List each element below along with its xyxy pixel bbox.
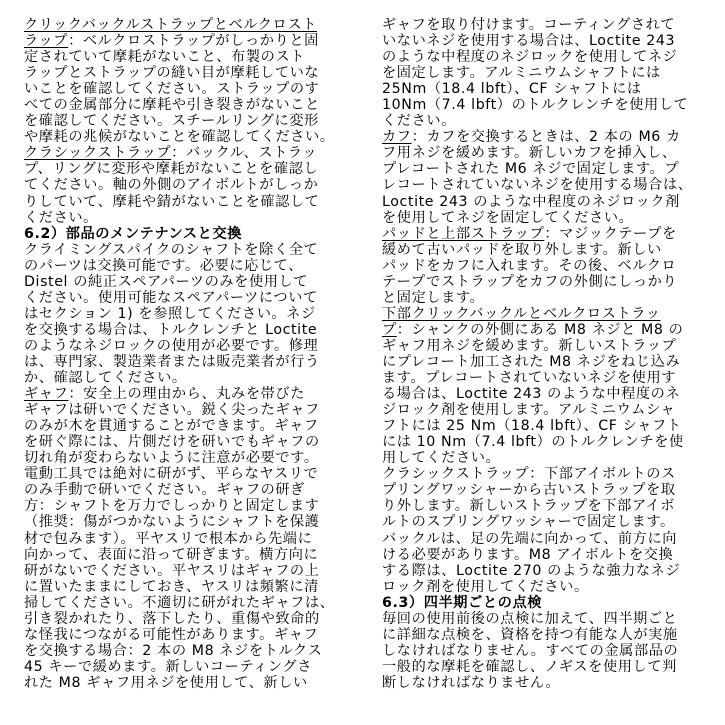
text-line: 切れ角が変わらないように注意が必要です。 <box>24 450 359 466</box>
text-line: パッドと上部ストラップ：マジックテープを <box>382 226 717 242</box>
text-line: りしていて、摩耗や錆がないことを確認して <box>24 194 359 210</box>
body-text: を交換する場合は、トルクレンチと Loctite <box>24 322 317 338</box>
text-line: （推奨：傷がつかないようにシャフトを保護 <box>24 514 359 530</box>
text-line: ラップとストラップの縫い目が摩耗していな <box>24 65 359 81</box>
body-text: フ用ネジを緩めます。新しいカフを挿入し、 <box>382 145 677 161</box>
text-line: Loctite 243 のような中程度のネジロック剤 <box>382 194 717 210</box>
text-line: を交換する場合：2 本の M8 ネジをトルクス <box>24 643 359 659</box>
text-line: を使用してネジを固定してください。 <box>382 210 717 226</box>
text-line: クラシックストラップ：下部アイボルトのス <box>382 466 717 482</box>
body-text: 用してください。 <box>382 450 500 466</box>
text-line: パッドをカフに入れます。その後、ベルクロ <box>382 258 717 274</box>
text-line: 緩めて古いパッドを取り外します。新しい <box>382 242 717 258</box>
body-text: 10Nm（7.4 lbft）のトルクレンチを使用して <box>382 97 688 113</box>
body-text: レコートされていないネジを使用する場合は、 <box>382 177 693 193</box>
text-line: プ、リングに変形や摩耗がないことを確認し <box>24 161 359 177</box>
text-line: のみ手動で研いでください。ギャフの研ぎ <box>24 482 359 498</box>
text-line: フトには 25 Nm（18.4 lbft）、CF シャフト <box>382 418 717 434</box>
body-text: 毎回の使用前後の点検に加えて、四半期ごと <box>382 611 677 627</box>
body-text: 向かって、表面に沿って研ぎます。横方向に <box>24 547 318 563</box>
text-line: クラシックストラップ：バックル、ストラッ <box>24 145 359 161</box>
body-text: 一般的な摩耗を確認し、ノギスを使用して判 <box>382 659 677 675</box>
text-line: ギャフ：安全上の理由から、丸みを帯びた <box>24 386 359 402</box>
text-line: と固定します。 <box>382 290 717 306</box>
text-line: を研ぐ際には、片側だけを研いでもギャフの <box>24 434 359 450</box>
body-text: しなければなりません。すべての金属部品の <box>382 643 678 659</box>
body-text: する際は、Loctite 270 のような強力なネジ <box>382 563 680 579</box>
text-line: 用してください。 <box>382 450 717 466</box>
text-line: 25Nm（18.4 lbft）、CF シャフトには <box>382 81 717 97</box>
text-line: 材で包みます）。平ヤスリで根本から先端に <box>24 531 359 547</box>
body-text: はセクション 1) を参照してください。ネジ <box>24 306 316 322</box>
body-text: ください。 <box>382 113 456 129</box>
text-line: 45 キーで緩めます。新しいコーティングさ <box>24 659 359 675</box>
underlined-term: クリックバックルストラップとベルクロスト <box>24 17 317 33</box>
text-line: ロック剤を使用してください。 <box>382 579 717 595</box>
text-line: はセクション 1) を参照してください。ネジ <box>24 306 359 322</box>
body-text: てください。軸の外側のアイボルトがしっか <box>24 177 318 193</box>
body-text: ルトのスプリングワッシャーで固定します。 <box>382 514 675 530</box>
text-line: プリングワッシャーから古いストラップを取 <box>382 482 717 498</box>
body-text: いことを確認してください。ストラップのす <box>24 81 319 97</box>
text-line: クライミングスパイクのシャフトを除く全て <box>24 242 359 258</box>
text-line: 毎回の使用前後の点検に加えて、四半期ごと <box>382 611 717 627</box>
text-line: クリックバックルストラップとベルクロスト <box>24 17 359 33</box>
text-line: を交換する場合は、トルクレンチと Loctite <box>24 322 359 338</box>
text-line: 引き裂かれたり、落下したり、重傷や致命的 <box>24 611 359 627</box>
body-text: にプレコート加工された M8 ネジをねじ込み <box>382 354 680 370</box>
body-text: ：安全上の理由から、丸みを帯びた <box>68 386 305 402</box>
text-line: 研がないでください。平ヤスリはギャフの上 <box>24 563 359 579</box>
body-text: ギャフを取り付けます。コーティングされて <box>382 17 675 33</box>
text-line: か、確認してください。 <box>24 370 359 386</box>
body-text: か、確認してください。 <box>24 370 187 386</box>
text-line: に詳細な点検を、資格を持つ有能な人が実施 <box>382 627 717 643</box>
text-line: プ：シャンクの外側にある M8 ネジと M8 の <box>382 322 717 338</box>
body-text: 電動工具では絶対に研がず、平らなヤスリで <box>24 466 318 482</box>
body-text: テープでストラップをカフの外側にしっかり <box>382 274 677 290</box>
text-line: 向かって、表面に沿って研ぎます。横方向に <box>24 547 359 563</box>
text-line: ください。 <box>24 210 359 226</box>
text-line: ラップ：ベルクロストラップがしっかりと固 <box>24 33 359 49</box>
text-line: のようなネジロックの使用が必要です。修理 <box>24 338 359 354</box>
text-line: り外します。新しいストラップを下部アイボ <box>382 498 717 514</box>
body-text: Loctite 243 のような中程度のネジロック剤 <box>382 194 680 210</box>
text-line: 一般的な摩耗を確認し、ノギスを使用して判 <box>382 659 717 675</box>
body-text: 引き裂かれたり、落下したり、重傷や致命的 <box>24 611 320 627</box>
body-text: フトには 25 Nm（18.4 lbft）、CF シャフト <box>382 418 682 434</box>
body-text: のみが木を貫通することができます。ギャフ <box>24 418 319 434</box>
text-line: 断しなければなりません。 <box>382 675 717 691</box>
text-line: や摩耗の兆候がないことを確認してください。 <box>24 129 359 145</box>
body-text: には 10 Nm（7.4 lbft）のトルクレンチを使 <box>382 434 684 450</box>
body-text: に置いたままにしておき、ヤスリは頻繁に清 <box>24 579 319 595</box>
text-line: ギャフ用ネジを緩めます。新しいストラップ <box>382 338 717 354</box>
text-line: れた M8 ギャフ用ネジを使用して、新しい <box>24 675 359 691</box>
underlined-term: カフ <box>382 129 412 145</box>
body-text: りしていて、摩耗や錆がないことを確認して <box>24 194 319 210</box>
body-text: る場合は、Loctite 243 のような中程度のネ <box>382 386 680 402</box>
text-line: いことを確認してください。ストラップのす <box>24 81 359 97</box>
body-text: ギャフは研いでください。鋭く尖ったギャフ <box>24 402 320 418</box>
text-line: を固定します。アルミニウムシャフトには <box>382 65 717 81</box>
text-line: しなければなりません。すべての金属部品の <box>382 643 717 659</box>
body-text: ：カフを交換するときは、2 本の M6 カ <box>412 129 681 145</box>
body-text: を固定します。アルミニウムシャフトには <box>382 65 661 81</box>
text-line: る場合は、Loctite 243 のような中程度のネ <box>382 386 717 402</box>
body-text: に詳細な点検を、資格を持つ有能な人が実施 <box>382 627 678 643</box>
text-line: のパーツは交換可能です。必要に応じて、 <box>24 258 359 274</box>
text-line: を確認してください。スチールリングに変形 <box>24 113 359 129</box>
text-line: テープでストラップをカフの外側にしっかり <box>382 274 717 290</box>
body-text: を確認してください。スチールリングに変形 <box>24 113 319 129</box>
body-text: を交換する場合：2 本の M8 ネジをトルクス <box>24 643 322 659</box>
body-text: のような中程度のネジロックを使用してネジ <box>382 49 677 65</box>
body-text: クライミングスパイクのシャフトを除く全て <box>24 242 318 258</box>
text-line: ます。プレコートされていないネジを使用す <box>382 370 717 386</box>
text-line: する際は、Loctite 270 のような強力なネジ <box>382 563 717 579</box>
text-line: のみが木を貫通することができます。ギャフ <box>24 418 359 434</box>
text-line: フ用ネジを緩めます。新しいカフを挿入し、 <box>382 145 717 161</box>
body-text: べての金属部分に摩耗や引き裂きがないこと <box>24 97 320 113</box>
underlined-term: プ <box>382 322 397 338</box>
body-text: を研ぐ際には、片側だけを研いでもギャフの <box>24 434 320 450</box>
text-line: 方：シャフトを万力でしっかりと固定します <box>24 498 359 514</box>
underlined-term: ギャフ <box>24 386 68 402</box>
body-text: ：マジックテープを <box>544 226 676 242</box>
text-line: にプレコート加工された M8 ネジをねじ込み <box>382 354 717 370</box>
body-text: 断しなければなりません。 <box>382 675 560 691</box>
body-text: パッドをカフに入れます。その後、ベルクロ <box>382 258 676 274</box>
body-text: のパーツは交換可能です。必要に応じて、 <box>24 258 303 274</box>
body-text: 方：シャフトを万力でしっかりと固定します <box>24 498 319 514</box>
body-text: （推奨：傷がつかないようにシャフトを保護 <box>24 514 319 530</box>
body-text: プレコートされた M6 ネジで固定します。プ <box>382 161 679 177</box>
body-text: は、専門家、製造業者または販売業者が行う <box>24 354 320 370</box>
body-text: Distel の純正スペアパーツのみを使用して <box>24 274 308 290</box>
body-text: 材で包みます）。平ヤスリで根本から先端に <box>24 531 312 547</box>
body-text: な怪我につながる可能性があります。ギャフ <box>24 627 318 643</box>
right-text-column: ギャフを取り付けます。コーティングされていないネジを使用する場合は、Loctit… <box>382 17 717 691</box>
body-text: クラシックストラップ：下部アイボルトのス <box>382 466 676 482</box>
section-heading: 6.3）四半期ごとの点検 <box>382 595 717 611</box>
text-line: に置いたままにしておき、ヤスリは頻繁に清 <box>24 579 359 595</box>
text-line: ください。 <box>382 113 717 129</box>
text-line: プレコートされた M6 ネジで固定します。プ <box>382 161 717 177</box>
body-text: バックルは、足の先端に向かって、前方に向 <box>382 531 677 547</box>
underlined-term: 下部クリックバックルとベルクロストラッ <box>382 306 661 322</box>
text-line: ください。使用可能なスペアパーツについて <box>24 290 359 306</box>
body-text: ください。使用可能なスペアパーツについて <box>24 290 318 306</box>
body-text: ギャフ用ネジを緩めます。新しいストラップ <box>382 338 676 354</box>
body-text: 緩めて古いパッドを取り外します。新しい <box>382 242 662 258</box>
body-text: を使用してネジを固定してください。 <box>382 210 633 226</box>
text-line: な怪我につながる可能性があります。ギャフ <box>24 627 359 643</box>
body-text: プリングワッシャーから古いストラップを取 <box>382 482 676 498</box>
body-text: れた M8 ギャフ用ネジを使用して、新しい <box>24 675 308 691</box>
body-text: プ、リングに変形や摩耗がないことを確認し <box>24 161 318 177</box>
text-line: Distel の純正スペアパーツのみを使用して <box>24 274 359 290</box>
text-line: ギャフを取り付けます。コーティングされて <box>382 17 717 33</box>
text-line: 下部クリックバックルとベルクロストラッ <box>382 306 717 322</box>
text-line: カフ：カフを交換するときは、2 本の M6 カ <box>382 129 717 145</box>
text-line: ジロック剤を使用します。アルミニウムシャ <box>382 402 717 418</box>
body-text: のようなネジロックの使用が必要です。修理 <box>24 338 318 354</box>
body-text: ける必要があります。M8 アイボルトを交換 <box>382 547 673 563</box>
text-line: 電動工具では絶対に研がず、平らなヤスリで <box>24 466 359 482</box>
heading-text: 6.3）四半期ごとの点検 <box>382 595 542 611</box>
body-text: ：バックル、ストラッ <box>171 145 317 161</box>
body-text: いないネジを使用する場合は、Loctite 243 <box>382 33 675 49</box>
heading-text: 6.2）部品のメンテナンスと交換 <box>24 226 242 242</box>
text-line: には 10 Nm（7.4 lbft）のトルクレンチを使 <box>382 434 717 450</box>
body-text: のみ手動で研いでください。ギャフの研ぎ <box>24 482 305 498</box>
text-line: いないネジを使用する場合は、Loctite 243 <box>382 33 717 49</box>
underlined-term: パッドと上部ストラップ <box>382 226 544 242</box>
text-line: レコートされていないネジを使用する場合は、 <box>382 177 717 193</box>
body-text: 切れ角が変わらないように注意が必要です。 <box>24 450 319 466</box>
text-line: 10Nm（7.4 lbft）のトルクレンチを使用して <box>382 97 717 113</box>
text-line: ルトのスプリングワッシャーで固定します。 <box>382 514 717 530</box>
body-text: ：ベルクロストラップがしっかりと固 <box>68 33 319 49</box>
body-text: 研がないでください。平ヤスリはギャフの上 <box>24 563 319 579</box>
body-text: ます。プレコートされていないネジを使用す <box>382 370 676 386</box>
section-heading: 6.2）部品のメンテナンスと交換 <box>24 226 359 242</box>
text-line: バックルは、足の先端に向かって、前方に向 <box>382 531 717 547</box>
text-line: は、専門家、製造業者または販売業者が行う <box>24 354 359 370</box>
text-line: 掃してください。不適切に研がれたギャフは、 <box>24 595 359 611</box>
underlined-term: ラップ <box>24 33 68 49</box>
text-line: 定されていて摩耗がないこと、布製のスト <box>24 49 359 65</box>
body-text: 定されていて摩耗がないこと、布製のスト <box>24 49 305 65</box>
body-text: り外します。新しいストラップを下部アイボ <box>382 498 675 514</box>
body-text: 25Nm（18.4 lbft）、CF シャフトには <box>382 81 642 97</box>
body-text: ジロック剤を使用します。アルミニウムシャ <box>382 402 675 418</box>
body-text: ロック剤を使用してください。 <box>382 579 589 595</box>
body-text: ラップとストラップの縫い目が摩耗していな <box>24 65 319 81</box>
body-text: と固定します。 <box>382 290 484 306</box>
text-line: てください。軸の外側のアイボルトがしっか <box>24 177 359 193</box>
body-text: ください。 <box>24 210 98 226</box>
text-line: ける必要があります。M8 アイボルトを交換 <box>382 547 717 563</box>
text-line: のような中程度のネジロックを使用してネジ <box>382 49 717 65</box>
body-text: 掃してください。不適切に研がれたギャフは、 <box>24 595 335 611</box>
underlined-term: クラシックストラップ <box>24 145 171 161</box>
body-text: や摩耗の兆候がないことを確認してください。 <box>24 129 335 145</box>
body-text: 45 キーで緩めます。新しいコーティングさ <box>24 659 312 675</box>
text-line: ギャフは研いでください。鋭く尖ったギャフ <box>24 402 359 418</box>
text-line: べての金属部分に摩耗や引き裂きがないこと <box>24 97 359 113</box>
body-text: ：シャンクの外側にある M8 ネジと M8 の <box>397 322 684 338</box>
left-text-column: クリックバックルストラップとベルクロストラップ：ベルクロストラップがしっかりと固… <box>24 17 359 691</box>
